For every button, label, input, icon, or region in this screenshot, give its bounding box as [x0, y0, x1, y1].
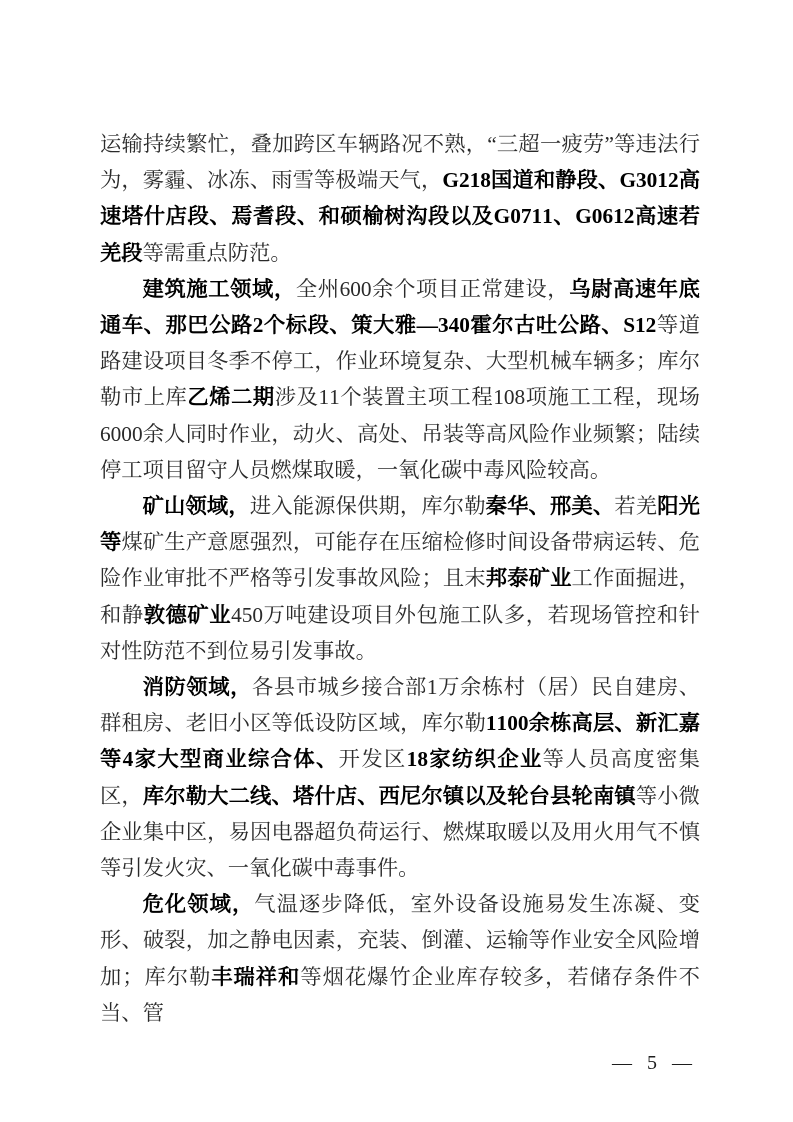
- paragraph: 消防领域，各县市城乡接合部1万余栋村（居）民自建房、群租房、老旧小区等低设防区域…: [100, 669, 700, 886]
- paragraph: 建筑施工领域，全州600余个项目正常建设，乌尉高速年底通车、那巴公路2个标段、策…: [100, 271, 700, 488]
- emphasis-run: 建筑施工领域，: [143, 277, 296, 301]
- emphasis-run: 邦泰矿业: [486, 566, 572, 590]
- text-run: 开发区: [339, 747, 407, 771]
- page-number: — 5 —: [612, 1052, 697, 1075]
- paragraph: 运输持续繁忙，叠加跨区车辆路况不熟，“三超一疲劳”等违法行为，雾霾、冰冻、雨雪等…: [100, 126, 700, 271]
- paragraph: 矿山领域，进入能源保供期，库尔勒秦华、邢美、若羌阳光等煤矿生产意愿强烈，可能存在…: [100, 488, 700, 669]
- emphasis-run: 乙烯二期: [187, 385, 274, 409]
- text-run: 若羌: [614, 494, 657, 518]
- emphasis-run: 秦华、邢美、: [486, 494, 615, 518]
- document-page: 运输持续繁忙，叠加跨区车辆路况不熟，“三超一疲劳”等违法行为，雾霾、冰冻、雨雪等…: [0, 0, 793, 1122]
- text-run: 全州600余个项目正常建设，: [296, 277, 569, 301]
- emphasis-run: 18家纺织企业: [407, 747, 543, 771]
- document-body: 运输持续繁忙，叠加跨区车辆路况不熟，“三超一疲劳”等违法行为，雾霾、冰冻、雨雪等…: [100, 126, 700, 1031]
- emphasis-run: 敦德矿业: [144, 603, 231, 627]
- emphasis-run: 库尔勒大二线、塔什店、西尼尔镇以及轮台县轮南镇: [143, 784, 636, 808]
- emphasis-run: 消防领域，: [143, 675, 252, 699]
- emphasis-run: 丰瑞祥和: [211, 965, 300, 989]
- text-run: 等需重点防范。: [143, 241, 292, 265]
- emphasis-run: 危化领域，: [143, 892, 255, 916]
- text-run: 进入能源保供期，库尔勒: [250, 494, 486, 518]
- paragraph: 危化领域，气温逐步降低，室外设备设施易发生冻凝、变形、破裂，加之静电因素，充装、…: [100, 886, 700, 1031]
- emphasis-run: 矿山领域，: [143, 494, 250, 518]
